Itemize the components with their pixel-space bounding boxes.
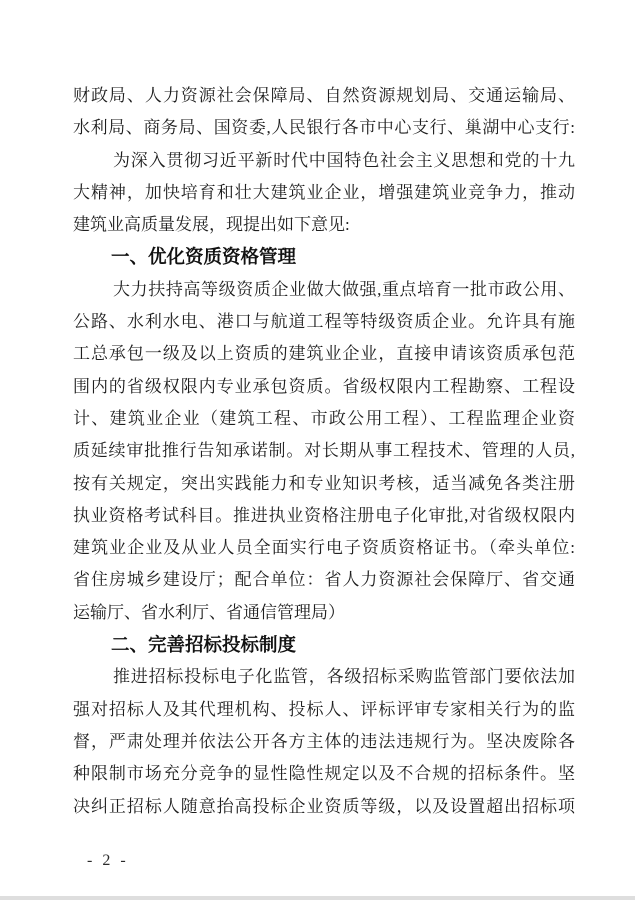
text-line: 决纠正招标人随意抬高投标企业资质等级，以及设置超出招标项 [73,791,575,823]
text-line: 计、建筑业企业（建筑工程、市政公用工程）、工程监理企业资 [73,403,575,435]
page-number: - 2 - [87,845,129,877]
text-line: 围内的省级权限内专业承包资质。省级权限内工程勘察、工程设 [73,371,575,403]
section-heading: 二、完善招标投标制度 [73,629,575,661]
text-line: 水利局、商务局、国资委,人民银行各市中心支行、巢湖中心支行: [73,112,575,144]
text-line: 质延续审批推行告知承诺制。对长期从事工程技术、管理的人员, [73,435,575,467]
text-line: 建筑业高质量发展，现提出如下意见: [73,209,575,241]
text-line: 财政局、人力资源社会保障局、自然资源规划局、交通运输局、 [73,80,575,112]
text-line: 执业资格考试科目。推进执业资格注册电子化审批,对省级权限内 [73,500,575,532]
text-line: 种限制市场充分竞争的显性隐性规定以及不合规的招标条件。坚 [73,758,575,790]
text-line: 省住房城乡建设厅；配合单位：省人力资源社会保障厅、省交通 [73,564,575,596]
text-line: 强对招标人及其代理机构、投标人、评标评审专家相关行为的监 [73,694,575,726]
text-line: 大力扶持高等级资质企业做大做强,重点培育一批市政公用、 [73,274,575,306]
text-line: 推进招标投标电子化监管，各级招标采购监管部门要依法加 [73,661,575,693]
document-body: 财政局、人力资源社会保障局、自然资源规划局、交通运输局、 水利局、商务局、国资委… [73,80,575,823]
text-line: 建筑业企业及从业人员全面实行电子资质资格证书。（牵头单位: [73,532,575,564]
document-page: 财政局、人力资源社会保障局、自然资源规划局、交通运输局、 水利局、商务局、国资委… [0,0,635,900]
text-line: 大精神，加快培育和壮大建筑业企业，增强建筑业竞争力，推动 [73,177,575,209]
scan-edge-shadow [0,896,635,900]
text-line: 运输厅、省水利厅、省通信管理局） [73,597,575,629]
text-line: 工总承包一级及以上资质的建筑业企业，直接申请该资质承包范 [73,338,575,370]
text-line: 按有关规定，突出实践能力和专业知识考核，适当减免各类注册 [73,468,575,500]
text-line: 督，严肃处理并依法公开各方主体的违法违规行为。坚决废除各 [73,726,575,758]
section-heading: 一、优化资质资格管理 [73,241,575,273]
text-line: 为深入贯彻习近平新时代中国特色社会主义思想和党的十九 [73,145,575,177]
text-line: 公路、水利水电、港口与航道工程等特级资质企业。允许具有施 [73,306,575,338]
